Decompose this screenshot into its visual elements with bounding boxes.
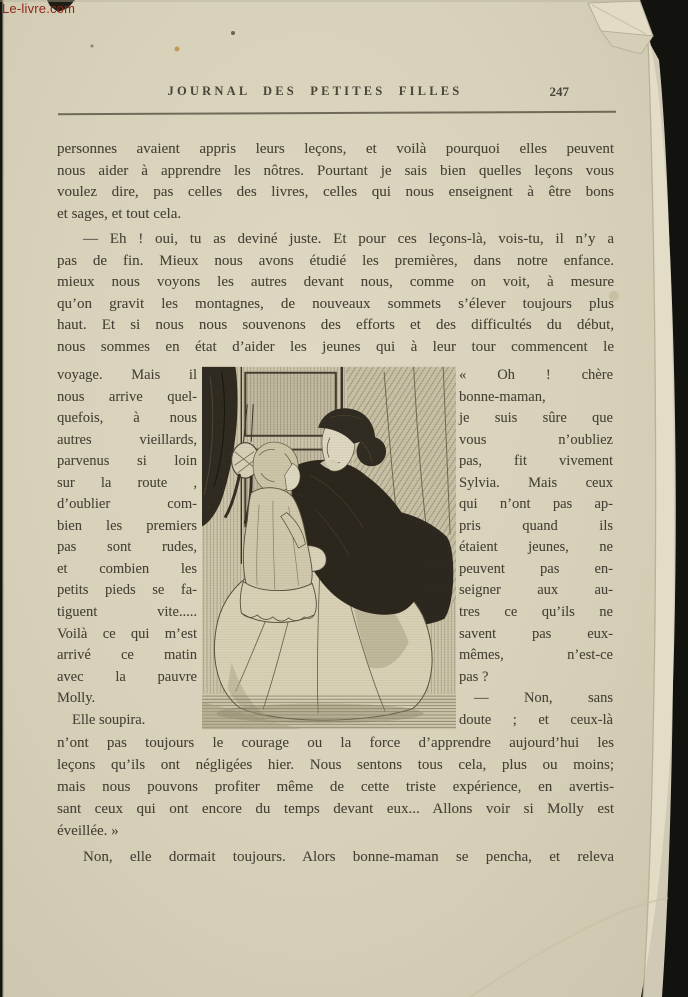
folded-corner — [588, 1, 653, 36]
text-line: doute ; et ceux-là — [459, 710, 613, 732]
scanner-bed-left — [0, 0, 3, 997]
text-line: Elle soupira. — [57, 710, 197, 732]
journal-title: JOURNAL DES PETITES FILLES — [57, 84, 573, 99]
text-line: seigner aux au- — [459, 580, 613, 602]
text-line: n’ont pas toujours le courage ou la forc… — [57, 732, 614, 754]
left-text-column: voyage. Mais ilnous arrive quel-quefois,… — [57, 365, 197, 731]
text-line: et combien les — [57, 559, 197, 581]
text-line: sur la route , — [57, 473, 197, 495]
text-line: peuvent pas en- — [459, 559, 613, 581]
text-line: pas, fit vivement — [459, 451, 613, 473]
folded-corner-shadow — [601, 31, 653, 54]
text-line: pris quand ils — [459, 516, 613, 538]
text-line: petits pieds se fa- — [57, 580, 197, 602]
page-header: JOURNAL DES PETITES FILLES 247 — [57, 84, 613, 104]
paper-speck — [175, 47, 180, 52]
text-line: d’oublier com- — [57, 494, 197, 516]
text-line: qui n’ont pas ap- — [459, 494, 613, 516]
text-line: savent pas eux- — [459, 624, 613, 646]
paragraph-1: personnes avaient appris leurs leçons, e… — [57, 139, 614, 225]
scanned-book-page: Le-livre.com JOURNAL DES PETITES FILLES … — [0, 0, 688, 997]
text-line: je suis sûre que — [459, 408, 613, 430]
text-line: nous sommes en état d’aider les jeunes q… — [57, 337, 614, 359]
engraving-illustration — [202, 364, 456, 732]
paragraph-3: n’ont pas toujours le courage ou la forc… — [57, 732, 614, 842]
text-line: voyage. Mais il — [57, 365, 197, 387]
text-line: vous n’oubliez — [459, 430, 613, 452]
text-line: haut. Et si nous nous souvenons des effo… — [57, 315, 614, 337]
text-line: tiguent vite..... — [57, 602, 197, 624]
text-line: et sages, et tout cela. — [57, 204, 614, 226]
text-line: mais nous pouvons profiter même de cette… — [57, 776, 614, 798]
text-line: — Eh ! oui, tu as deviné juste. Et pour … — [57, 229, 614, 251]
text-line: mêmes, n’est-ce — [459, 645, 613, 667]
text-line: leçons qu’ils ont négligées hier. Nous s… — [57, 754, 614, 776]
page-edge-line — [643, 40, 656, 997]
text-line: mieux nous voyons les autres devant nous… — [57, 272, 614, 294]
text-line: personnes avaient appris leurs leçons, e… — [57, 139, 614, 161]
paragraph-2: — Eh ! oui, tu as deviné juste. Et pour … — [57, 229, 614, 358]
text-line: pas de fin. Mieux nous avons étudié les … — [57, 251, 614, 273]
text-line: éveillée. » — [57, 820, 614, 842]
text-line: autres vieillards, — [57, 430, 197, 452]
text-line: tres ce qu’ils ne — [459, 602, 613, 624]
text-line: pas sont rudes, — [57, 537, 197, 559]
text-line: quefois, à nous — [57, 408, 197, 430]
page-number: 247 — [550, 84, 570, 100]
text-line: bonne-maman, — [459, 387, 613, 409]
bottom-crease — [470, 898, 668, 997]
text-line: Non, elle dormait toujours. Alors bonne-… — [57, 846, 614, 868]
text-line: étaient jeunes, ne — [459, 537, 613, 559]
header-divider — [58, 111, 616, 115]
text-line: Sylvia. Mais ceux — [459, 473, 613, 495]
text-line: sant ceux qui ont encore du temps devant… — [57, 798, 614, 820]
text-line: voulez dire, pas celles des livres, cell… — [57, 182, 614, 204]
text-line: bien les premiers — [57, 516, 197, 538]
right-text-column: « Oh ! chèrebonne-maman,je suis sûre que… — [459, 365, 613, 731]
paper-speck — [231, 31, 235, 35]
scanner-bed-right — [640, 0, 688, 997]
paper-speck — [91, 45, 94, 48]
watermark-text: Le-livre.com — [2, 1, 75, 16]
text-line: « Oh ! chère — [459, 365, 613, 387]
text-line: Voilà ce qui m’est — [57, 624, 197, 646]
paragraph-4: Non, elle dormait toujours. Alors bonne-… — [57, 846, 614, 868]
page-edge-strip — [643, 40, 674, 997]
text-line: Molly. — [57, 688, 197, 710]
text-line: — Non, sans — [459, 688, 613, 710]
text-line: avec la pauvre — [57, 667, 197, 689]
text-line: parvenus si loin — [57, 451, 197, 473]
text-line: arrivé ce matin — [57, 645, 197, 667]
text-line: pas ? — [459, 667, 613, 689]
text-line: nous arrive quel- — [57, 387, 197, 409]
text-line: qu’on gravit les montagnes, de nouveaux … — [57, 294, 614, 316]
text-line: nous aider à apprendre les nôtres. Pourt… — [57, 161, 614, 183]
